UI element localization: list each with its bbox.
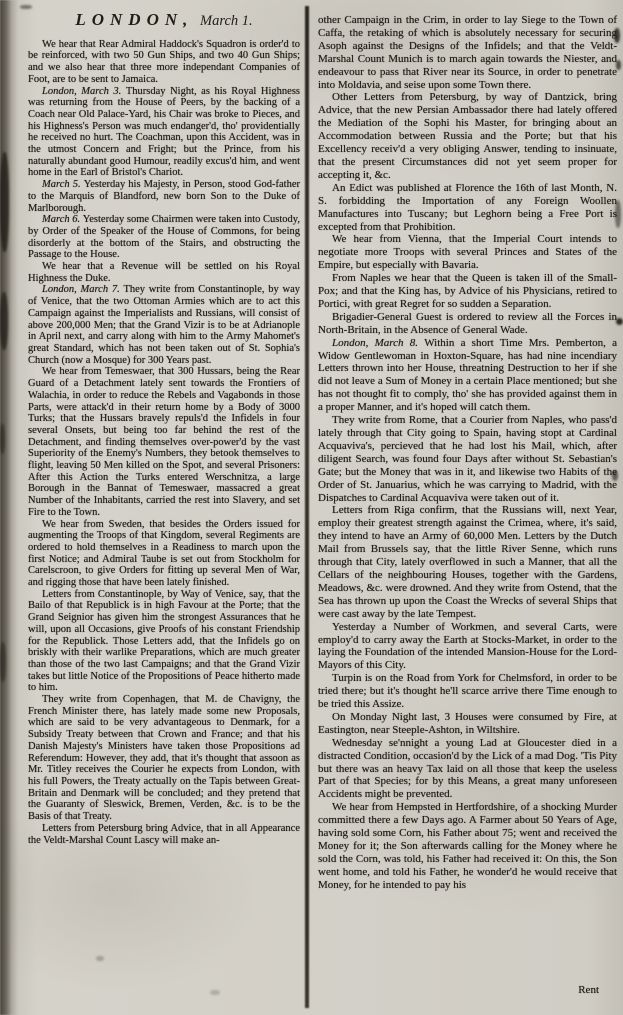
news-paragraph: Turpin is on the Road from York for Chel… xyxy=(318,672,617,711)
column-right: other Campaign in the Crim, in order to … xyxy=(318,6,617,1008)
scan-artifact xyxy=(0,152,9,252)
news-paragraph: We hear from Sweden, that besides the Or… xyxy=(28,519,300,589)
column-divider xyxy=(305,6,309,1008)
news-paragraph: March 6. Yesterday some Chairmen were ta… xyxy=(28,214,300,261)
news-paragraph: We hear from Temeswaer, that 300 Hussars… xyxy=(28,366,300,518)
paragraph-dateline: March 5. xyxy=(42,179,84,190)
news-paragraph: We hear from Vienna, that the Imperial C… xyxy=(318,233,617,272)
column-left: LONDON, March 1. We hear that Rear Admir… xyxy=(28,6,300,1008)
columns-wrapper: LONDON, March 1. We hear that Rear Admir… xyxy=(28,6,617,1008)
scan-artifact xyxy=(616,318,623,325)
page-header: LONDON, March 1. xyxy=(28,14,300,29)
news-paragraph: An Edict was published at Florence the 1… xyxy=(318,182,617,234)
news-paragraph: Letters from Riga confirm, that the Russ… xyxy=(318,504,617,620)
news-paragraph: Yesterday a Number of Workmen, and sever… xyxy=(318,621,617,673)
news-paragraph: They write from Copenhagen, that M. de C… xyxy=(28,694,300,823)
news-paragraph: They write from Rome, that a Courier fro… xyxy=(318,414,617,504)
news-paragraph: Other Letters from Petersburg, by way of… xyxy=(318,91,617,181)
dateline-city: LONDON, xyxy=(75,10,193,29)
news-paragraph: From Naples we hear that the Queen is ta… xyxy=(318,272,617,311)
newspaper-page: LONDON, March 1. We hear that Rear Admir… xyxy=(0,0,623,1015)
news-paragraph: other Campaign in the Crim, in order to … xyxy=(318,14,617,91)
paragraph-dateline: March 6. xyxy=(42,214,83,225)
news-paragraph: We hear from Hempsted in Hertfordshire, … xyxy=(318,801,617,891)
news-paragraph: London, March 8. Within a short Time Mrs… xyxy=(318,337,617,414)
catchword: Rent xyxy=(578,984,599,996)
news-paragraph: We hear that a Revenue will be settled o… xyxy=(28,261,300,284)
scan-artifact xyxy=(0,642,6,682)
news-paragraph: Letters from Petersburg bring Advice, th… xyxy=(28,823,300,846)
scan-artifact xyxy=(0,292,8,350)
dateline-date: March 1. xyxy=(200,13,253,29)
news-paragraph: London, March 7. They write from Constan… xyxy=(28,284,300,366)
news-paragraph: London, March 3. Thursday Night, as his … xyxy=(28,86,300,180)
paragraph-dateline: London, March 3. xyxy=(42,86,126,97)
news-paragraph: Wednesday se'nnight a young Lad at Glouc… xyxy=(318,737,617,802)
news-paragraph: On Monday Night last, 3 Houses were cons… xyxy=(318,711,617,737)
paragraph-dateline: London, March 8. xyxy=(332,337,424,349)
news-paragraph: Brigadier-General Guest is ordered to re… xyxy=(318,311,617,337)
news-paragraph: Letters from Constantinople, by Way of V… xyxy=(28,589,300,694)
scan-artifact xyxy=(0,424,5,454)
paragraph-dateline: London, March 7. xyxy=(42,284,123,295)
news-paragraph: March 5. Yesterday his Majesty, in Perso… xyxy=(28,179,300,214)
news-paragraph: We hear that Rear Admiral Haddock's Squa… xyxy=(28,39,300,86)
